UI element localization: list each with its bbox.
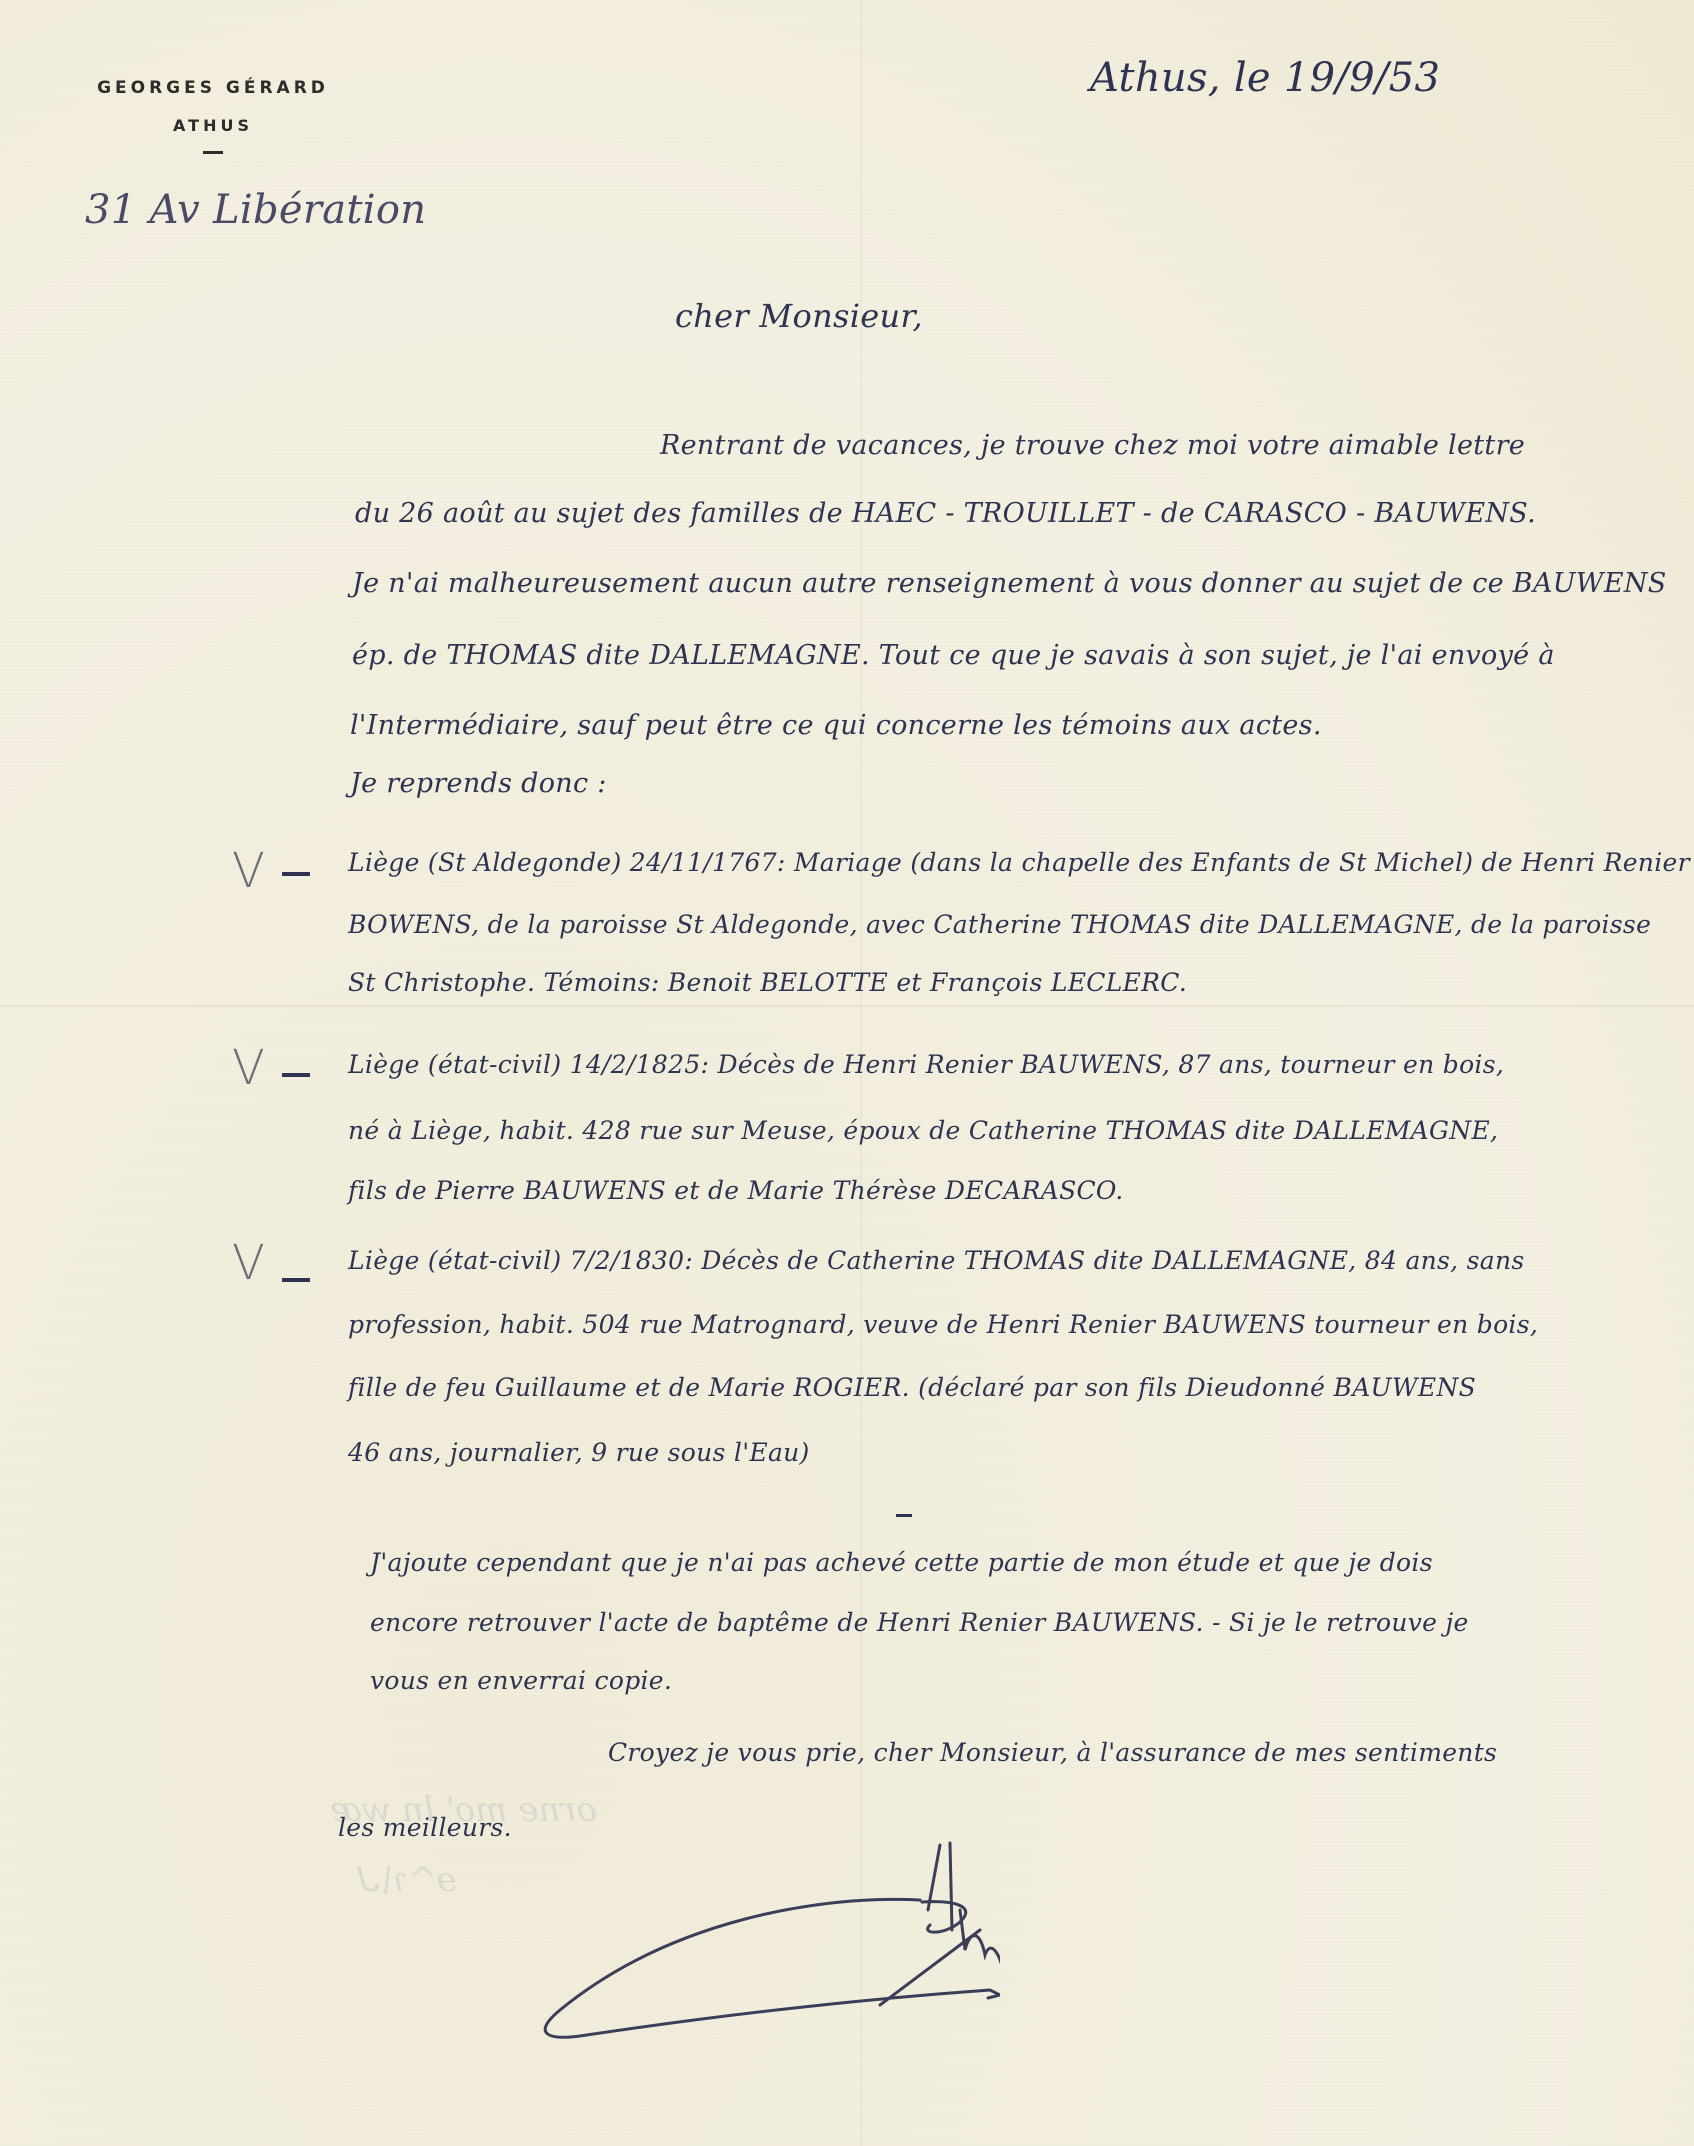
section-separator xyxy=(896,1514,912,1517)
entry-line: fils de Pierre BAUWENS et de Marie Thérè… xyxy=(348,1178,1124,1203)
body-line: ép. de THOMAS dite DALLEMAGNE. Tout ce q… xyxy=(352,642,1555,669)
body-line: du 26 août au sujet des familles de HAEC… xyxy=(355,500,1536,527)
letterhead: GEORGES GÉRARD ATHUS xyxy=(58,78,368,154)
closing-line: encore retrouver l'acte de baptême de He… xyxy=(370,1610,1469,1635)
entry-line: 46 ans, journalier, 9 rue sous l'Eau) xyxy=(348,1440,810,1465)
paper-fold-horizontal xyxy=(0,1005,1694,1007)
address-annotation: 31 Av Libération xyxy=(85,190,426,230)
bullet-dash xyxy=(282,1073,310,1077)
pencil-check-icon: V xyxy=(232,843,265,899)
body-line: Je reprends donc : xyxy=(350,770,607,797)
entry-line: St Christophe. Témoins: Benoit BELOTTE e… xyxy=(348,970,1187,995)
entry-line: Liège (St Aldegonde) 24/11/1767: Mariage… xyxy=(348,850,1690,875)
closing-line: J'ajoute cependant que je n'ai pas achev… xyxy=(370,1550,1433,1575)
salutation: cher Monsieur, xyxy=(675,300,923,332)
letterhead-rule xyxy=(203,151,223,154)
body-line: l'Intermédiaire, sauf peut être ce qui c… xyxy=(350,712,1322,739)
entry-line: fille de feu Guillaume et de Marie ROGIE… xyxy=(348,1375,1476,1400)
bleed-through-text: ɘ^ɿ\ᒍ xyxy=(360,1860,457,1900)
letterhead-name: GEORGES GÉRARD xyxy=(58,78,368,98)
entry-line: Liège (état-civil) 14/2/1825: Décès de H… xyxy=(348,1052,1504,1077)
date-line: Athus, le 19/9/53 xyxy=(1090,58,1440,98)
valediction-line: Croyez je vous prie, cher Monsieur, à l'… xyxy=(608,1740,1497,1765)
entry-line: profession, habit. 504 rue Matrognard, v… xyxy=(348,1312,1538,1337)
letterhead-town: ATHUS xyxy=(58,116,368,135)
letter-page: orne mo' ln wæ ɘ^ɿ\ᒍ GEORGES GÉRARD ATHU… xyxy=(0,0,1694,2146)
pencil-check-icon: V xyxy=(232,1040,265,1096)
bullet-dash xyxy=(282,872,310,876)
bullet-dash xyxy=(282,1278,310,1282)
pencil-check-icon: V xyxy=(232,1235,265,1291)
entry-line: BOWENS, de la paroisse St Aldegonde, ave… xyxy=(348,912,1651,937)
closing-line: vous en enverrai copie. xyxy=(370,1668,672,1693)
body-line: Rentrant de vacances, je trouve chez moi… xyxy=(660,432,1525,459)
entry-line: né à Liège, habit. 428 rue sur Meuse, ép… xyxy=(348,1118,1498,1143)
body-line: Je n'ai malheureusement aucun autre rens… xyxy=(352,570,1667,597)
entry-line: Liège (état-civil) 7/2/1830: Décès de Ca… xyxy=(348,1248,1525,1273)
valediction-line: les meilleurs. xyxy=(338,1815,512,1840)
signature-icon xyxy=(520,1840,1000,2040)
